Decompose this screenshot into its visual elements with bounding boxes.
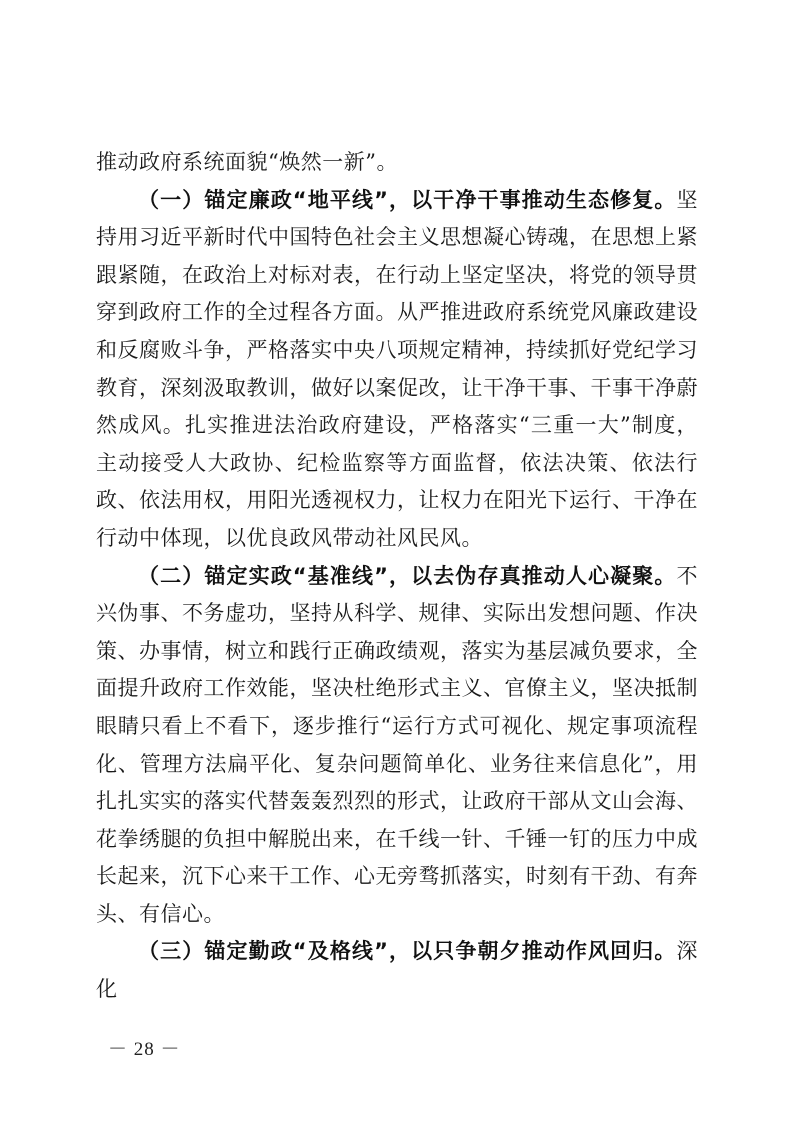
paragraph-body: 不兴伪事、不务虚功，坚持从科学、规律、实际出发想问题、作决策、办事情，树立和践行… [96,564,698,926]
paragraph-body: 坚持用习近平新时代中国特色社会主义思想凝心铸魂，在思想上紧跟紧随，在政治上对标对… [96,188,698,550]
body-text: 推动政府系统面貌“焕然一新”。 （一）锚定廉政“地平线”，以干净干事推动生态修复… [96,144,698,1009]
section-heading-1: （一）锚定廉政“地平线”，以干净干事推动生态修复。 [138,188,677,212]
paragraph-continuation: 推动政府系统面貌“焕然一新”。 [96,144,698,182]
section-heading-3: （三）锚定勤政“及格线”，以只争朝夕推动作风回归。 [138,939,677,963]
paragraph-section-1: （一）锚定廉政“地平线”，以干净干事推动生态修复。坚持用习近平新时代中国特色社会… [96,182,698,558]
paragraph-section-3: （三）锚定勤政“及格线”，以只争朝夕推动作风回归。深化 [96,933,698,1008]
document-page: 推动政府系统面貌“焕然一新”。 （一）锚定廉政“地平线”，以干净干事推动生态修复… [0,0,793,1122]
page-number: － 28 － [108,1034,181,1061]
paragraph-section-2: （二）锚定实政“基准线”，以去伪存真推动人心凝聚。不兴伪事、不务虚功，坚持从科学… [96,558,698,934]
paragraph-body: 推动政府系统面貌“焕然一新”。 [96,150,398,174]
section-heading-2: （二）锚定实政“基准线”，以去伪存真推动人心凝聚。 [138,564,677,588]
